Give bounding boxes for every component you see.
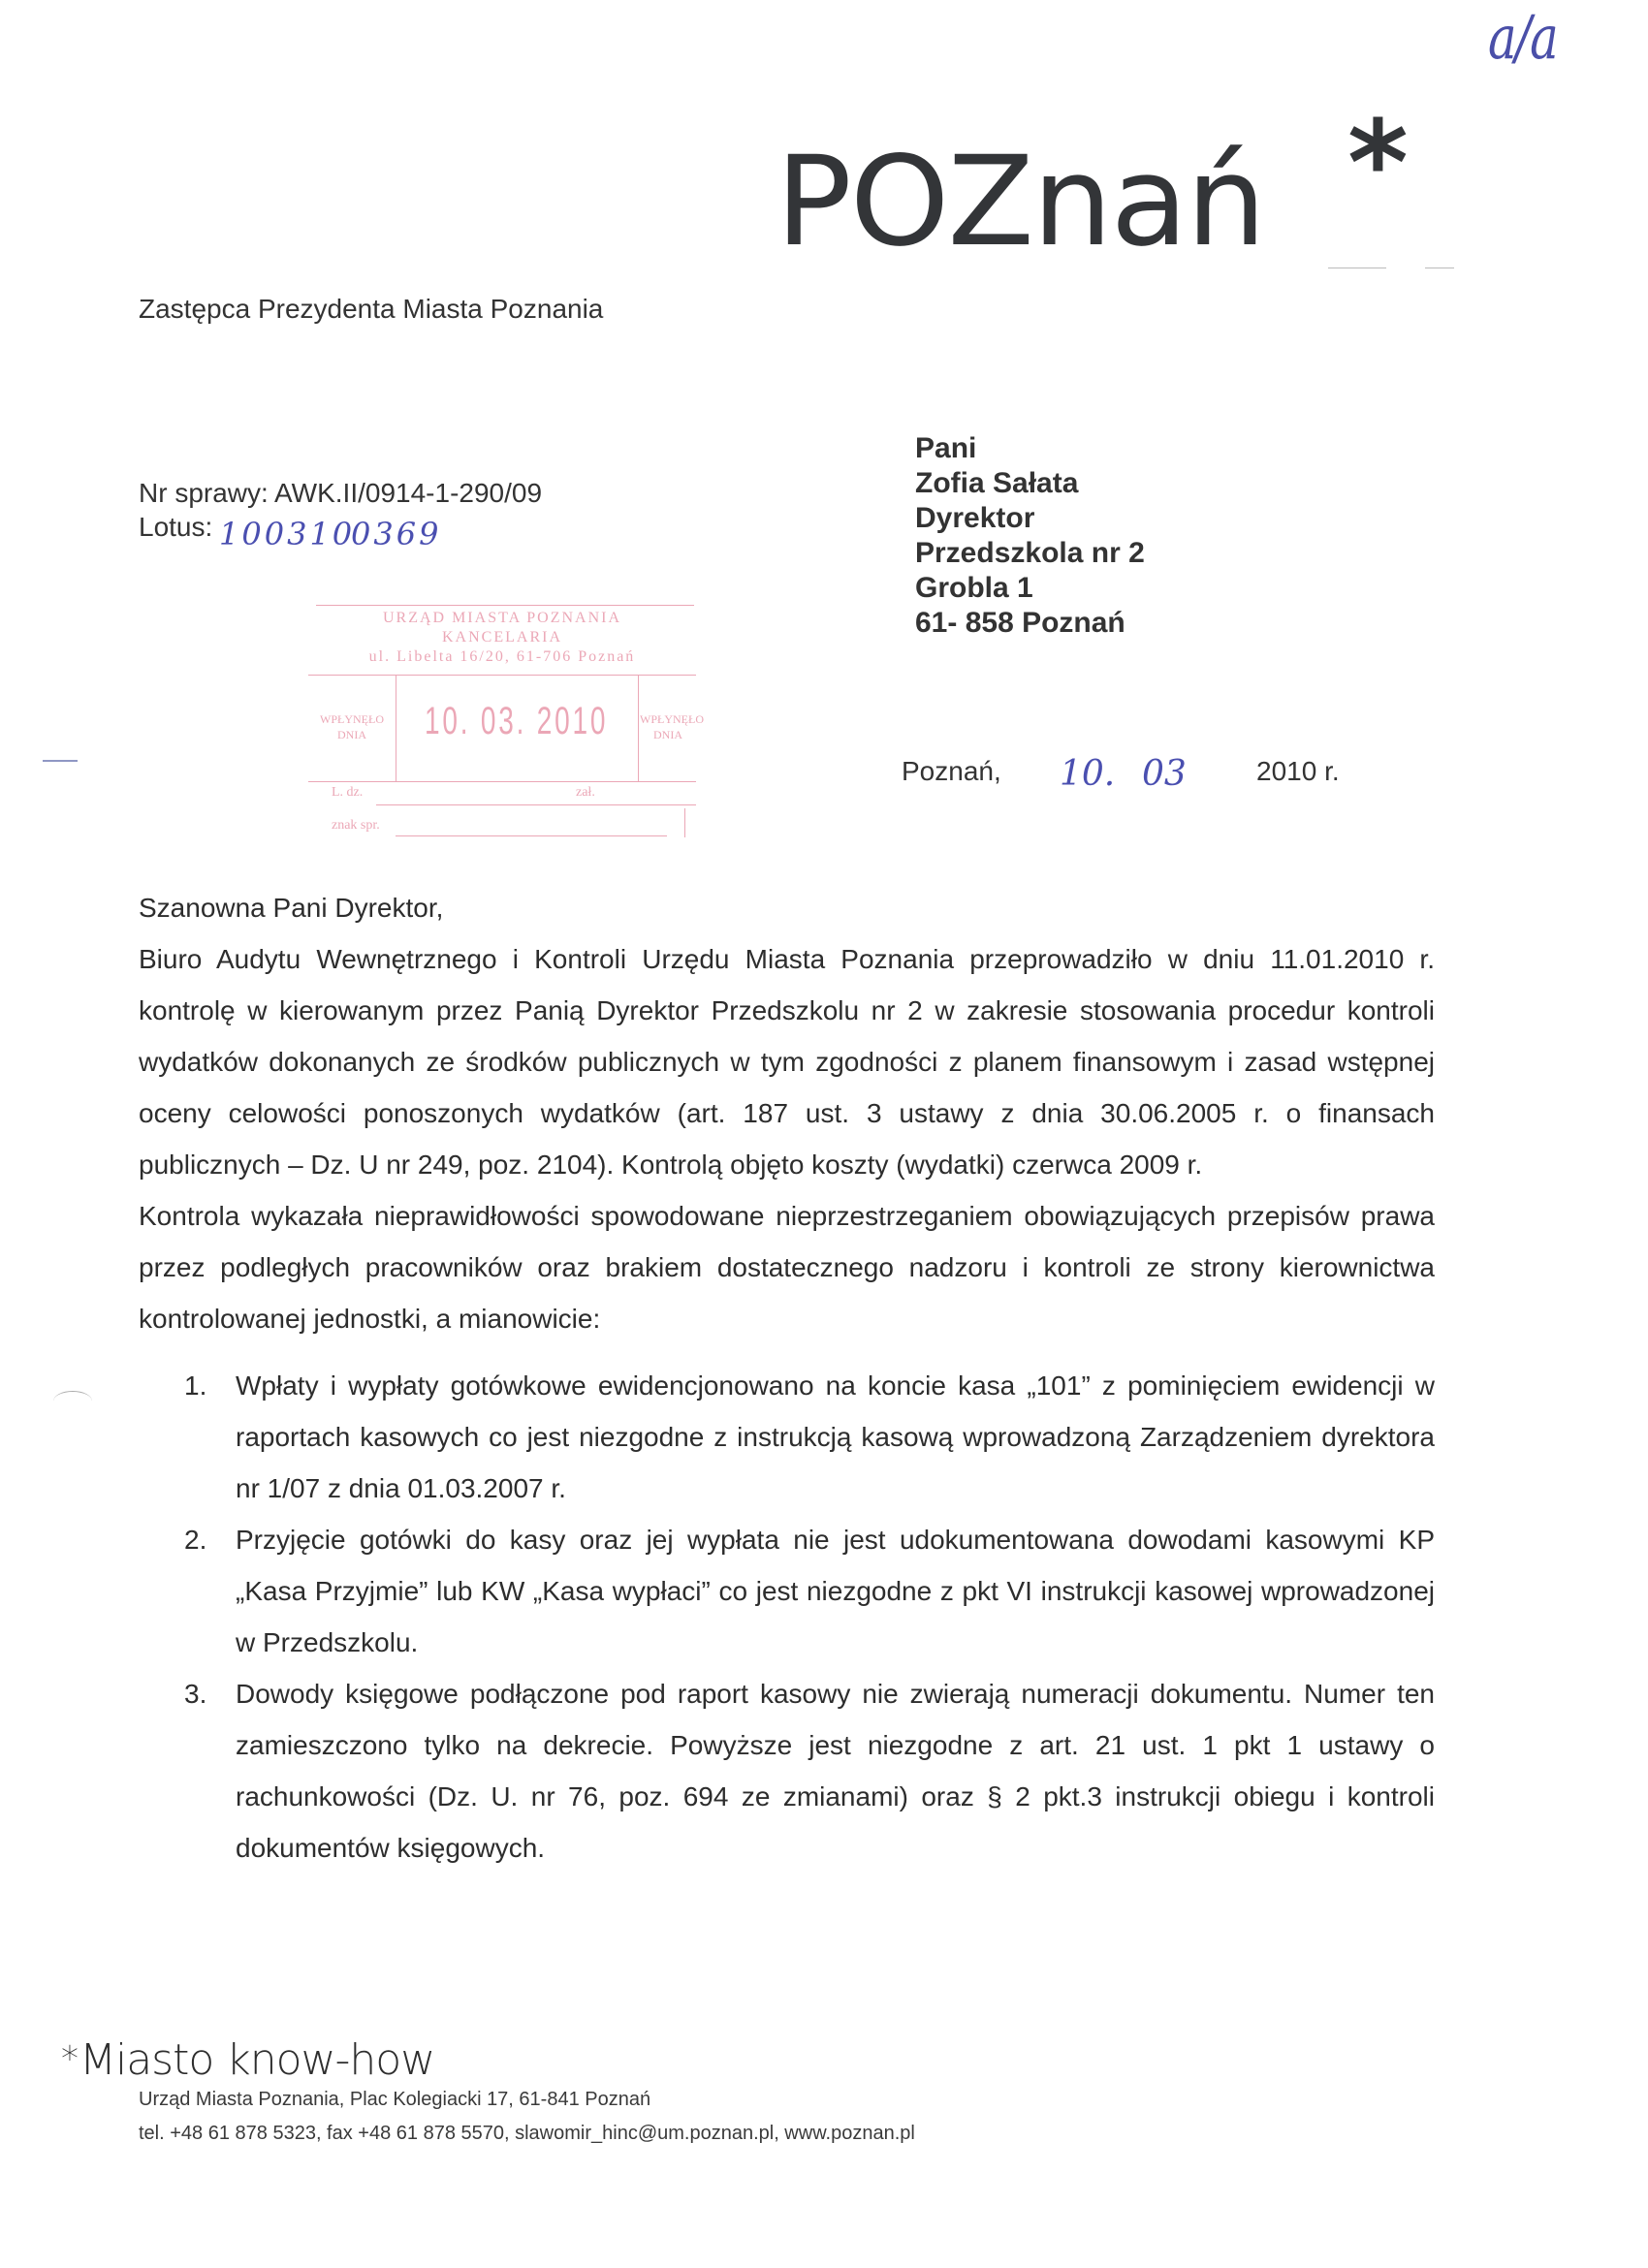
paragraph-findings-intro: Kontrola wykazała nieprawidłowości spowo… [139, 1190, 1435, 1344]
poznan-logo: POZnań [776, 141, 1264, 265]
date-day-handwritten: 10. [1060, 754, 1115, 794]
margin-pen-mark [43, 760, 78, 762]
stamp-border [308, 781, 696, 782]
lotus-label: Lotus: [139, 512, 212, 543]
footer-contact: tel. +48 61 878 5323, fax +48 61 878 557… [139, 2123, 915, 2145]
recipient-line: Przedszkola nr 2 [915, 536, 1145, 571]
date-year: 2010 r. [1256, 756, 1340, 787]
stamp-border [396, 835, 667, 836]
sender-title: Zastępca Prezydenta Miasta Poznania [139, 294, 603, 325]
poznan-logo-asterisk-icon: * [1347, 107, 1409, 223]
letter-body: Szanowna Pani Dyrektor, Biuro Audytu Wew… [139, 882, 1435, 1874]
salutation: Szanowna Pani Dyrektor, [139, 882, 1435, 933]
recipient-line: Pani [915, 431, 1145, 466]
recipient-line: Grobla 1 [915, 571, 1145, 606]
received-stamp: URZĄD MIASTA POZNANIA KANCELARIA ul. Lib… [308, 603, 696, 845]
lotus-number-handwritten: 100310 [219, 516, 355, 552]
stamp-ref-label: L. dz. [332, 785, 363, 801]
scan-artifact [1328, 268, 1386, 268]
stamp-border [396, 675, 396, 781]
scan-artifact [1425, 268, 1454, 268]
stamp-office: URZĄD MIASTA POZNANIA [308, 609, 696, 628]
stamp-case-label: znak spr. [332, 818, 380, 834]
finding-item: 3. Dowody księgowe podłączone pod raport… [139, 1668, 1435, 1874]
findings-list: 1. Wpłaty i wypłaty gotówkowe ewidencjon… [139, 1360, 1435, 1874]
finding-text: Wpłaty i wypłaty gotówkowe ewidencjonowa… [236, 1370, 1435, 1503]
case-number: Nr sprawy: AWK.II/0914-1-290/09 [139, 478, 542, 509]
stamp-address: ul. Libelta 16/20, 61-706 Poznań [308, 647, 696, 667]
stamp-border [316, 605, 694, 606]
stamp-date: 10. 03. 2010 [425, 700, 608, 743]
footer-brand: *Miasto know-how [61, 2035, 434, 2085]
stamp-department: KANCELARIA [308, 628, 696, 647]
stamp-header: URZĄD MIASTA POZNANIA KANCELARIA ul. Lib… [308, 609, 696, 667]
date-month-handwritten: 03 [1142, 754, 1187, 794]
stamp-border [638, 675, 639, 781]
stamp-att-label: zał. [576, 785, 595, 801]
recipient-line: 61- 858 Poznań [915, 606, 1145, 641]
recipient-line: Zofia Sałata [915, 466, 1145, 501]
place: Poznań, [902, 756, 1001, 787]
finding-item: 1. Wpłaty i wypłaty gotówkowe ewidencjon… [139, 1360, 1435, 1514]
finding-number: 3. [184, 1668, 206, 1719]
finding-text: Dowody księgowe podłączone pod raport ka… [236, 1679, 1435, 1863]
paragraph-audit-scope: Biuro Audytu Wewnętrznego i Kontroli Urz… [139, 933, 1435, 1190]
stamp-border [684, 808, 685, 837]
stamp-received-label: WPŁYNĘŁO DNIA [310, 711, 394, 742]
finding-item: 2. Przyjęcie gotówki do kasy oraz jej wy… [139, 1514, 1435, 1668]
asterisk-icon: * [61, 2039, 78, 2079]
lotus-number-handwritten-suffix: 0369 [351, 516, 441, 552]
handwritten-page-number: a/a [1488, 2, 1557, 73]
recipient-address: Pani Zofia Sałata Dyrektor Przedszkola n… [915, 431, 1145, 641]
stamp-received-label: WPŁYNĘŁO DNIA [640, 711, 696, 742]
footer-address: Urząd Miasta Poznania, Plac Kolegiacki 1… [139, 2089, 650, 2111]
stamp-border [376, 804, 696, 805]
finding-number: 1. [184, 1360, 206, 1411]
finding-number: 2. [184, 1514, 206, 1565]
margin-hole-punch-mark [53, 1391, 92, 1411]
finding-text: Przyjęcie gotówki do kasy oraz jej wypła… [236, 1525, 1435, 1657]
recipient-line: Dyrektor [915, 501, 1145, 536]
footer-brand-text: Miasto know-how [79, 2035, 434, 2085]
